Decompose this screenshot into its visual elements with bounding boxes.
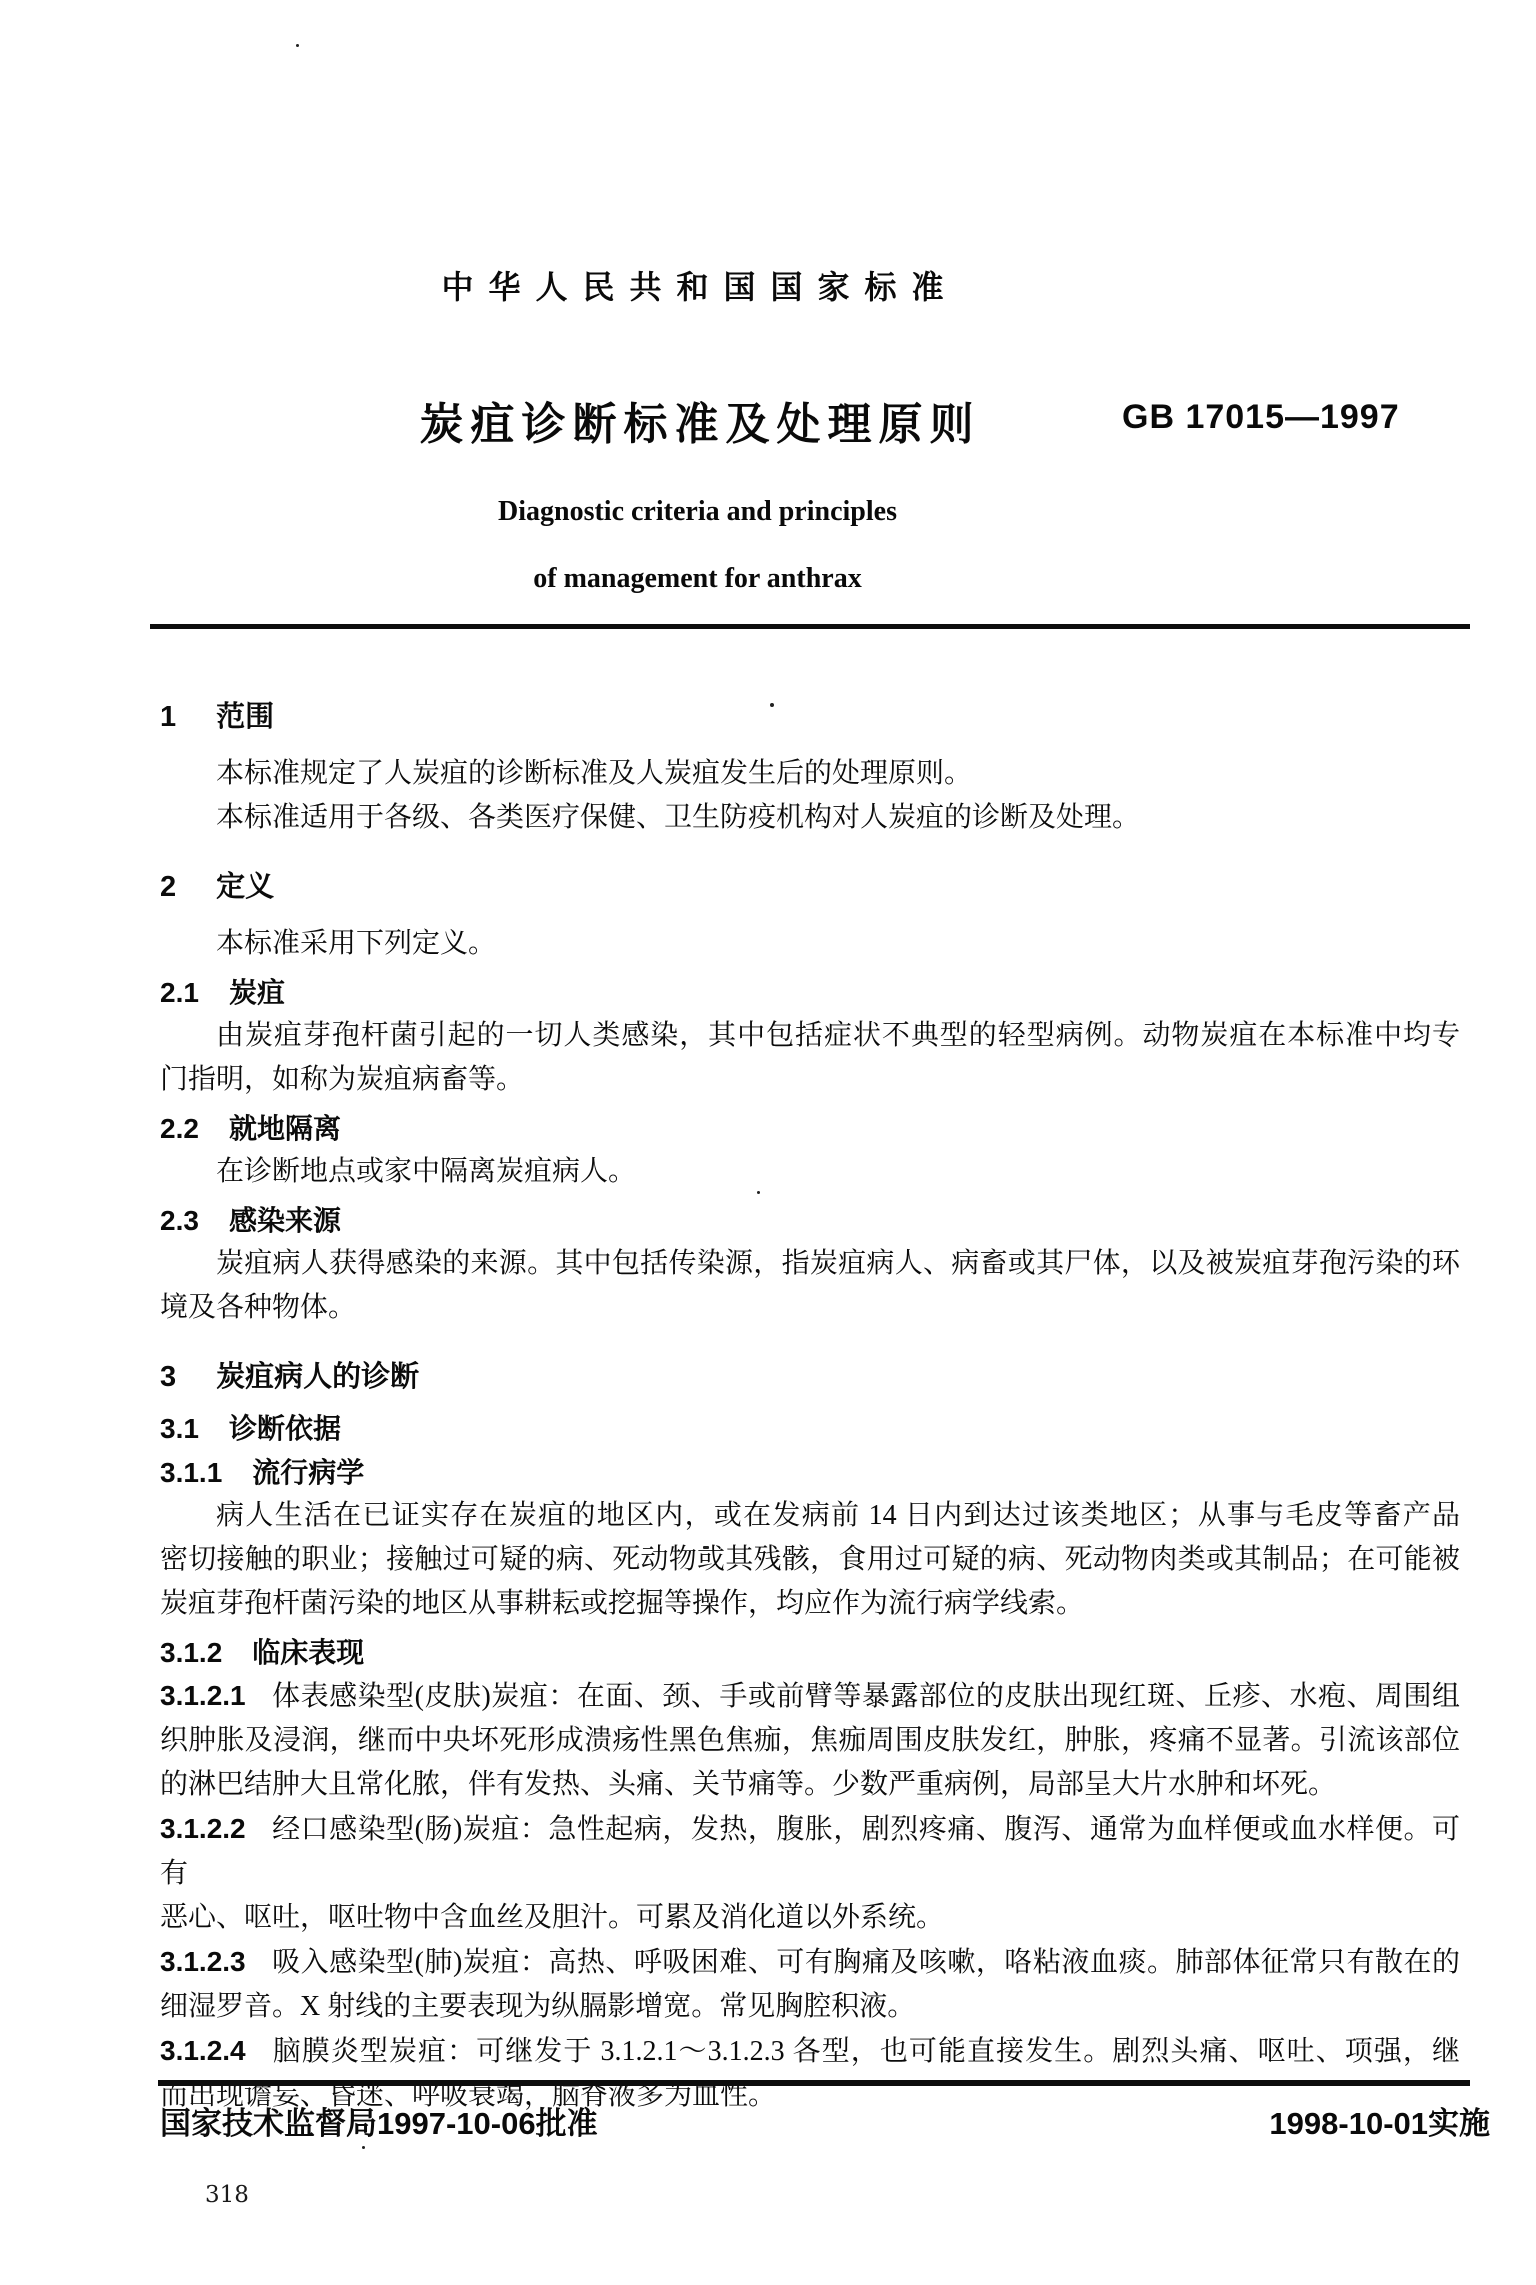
clause-number: 3.1 bbox=[160, 1413, 199, 1444]
heading-text: 诊断依据 bbox=[229, 1413, 341, 1444]
clause-number: 3.1.2.1 bbox=[160, 1680, 246, 1711]
line-text: 病人生活在已证实存在炭疽的地区内，或在发病前 14 日内到达过该类地区；从事与毛… bbox=[216, 1500, 1460, 1531]
scan-speck bbox=[757, 1191, 760, 1194]
clause-number: 2.2 bbox=[160, 1113, 199, 1144]
line-text: 细湿罗音。X 射线的主要表现为纵膈影增宽。常见胸腔积液。 bbox=[160, 1991, 915, 2022]
text-line: 3.1.2.4脑膜炎型炭疽：可继发于 3.1.2.1～3.1.2.3 各型，也可… bbox=[160, 2029, 1460, 2074]
clause-number: 3.1.2.3 bbox=[160, 1946, 246, 1977]
line-text: 恶心、呕吐，呕吐物中含血丝及胆汁。可累及消化道以外系统。 bbox=[160, 1902, 944, 1933]
line-text: 门指明，如称为炭疽病畜等。 bbox=[160, 1064, 524, 1095]
clause-number: 2.1 bbox=[160, 977, 199, 1008]
english-subtitle-line2: of management for anthrax bbox=[0, 545, 1395, 612]
line-text: 本标准规定了人炭疽的诊断标准及人炭疽发生后的处理原则。 bbox=[216, 758, 972, 789]
scan-speck bbox=[770, 703, 774, 707]
clause-number: 2.3 bbox=[160, 1205, 199, 1236]
text-line: 病人生活在已证实存在炭疽的地区内，或在发病前 14 日内到达过该类地区；从事与毛… bbox=[160, 1494, 1460, 1538]
text-line: 细湿罗音。X 射线的主要表现为纵膈影增宽。常见胸腔积液。 bbox=[160, 1985, 1460, 2029]
document-body: 1范围本标准规定了人炭疽的诊断标准及人炭疽发生后的处理原则。本标准适用于各级、各… bbox=[160, 670, 1460, 2118]
heading-text: 临床表现 bbox=[252, 1637, 364, 1668]
line-text: 本标准采用下列定义。 bbox=[216, 928, 496, 959]
text-line: 密切接触的职业；接触过可疑的病、死动物或其残骸，食用过可疑的病、死动物肉类或其制… bbox=[160, 1538, 1460, 1582]
document-page: 中华人民共和国国家标准 炭疽诊断标准及处理原则 GB 17015—1997 Di… bbox=[0, 0, 1536, 2285]
clause-number: 3.1.1 bbox=[160, 1457, 222, 1488]
heading-line: 2.3感染来源 bbox=[160, 1204, 1460, 1238]
footer-approval: 国家技术监督局1997-10-06批准 bbox=[160, 2098, 598, 2143]
heading-text: 流行病学 bbox=[252, 1457, 364, 1488]
line-text: 脑膜炎型炭疽：可继发于 3.1.2.1～3.1.2.3 各型，也可能直接发生。剧… bbox=[272, 2036, 1460, 2067]
text-line: 在诊断地点或家中隔离炭疽病人。 bbox=[160, 1150, 1460, 1194]
line-text: 吸入感染型(肺)炭疽：高热、呼吸困难、可有胸痛及咳嗽，咯粘液血痰。肺部体征常只有… bbox=[272, 1947, 1460, 1978]
line-text: 织肿胀及浸润，继而中央坏死形成溃疡性黑色焦痂，焦痂周围皮肤发红，肿胀，疼痛不显著… bbox=[160, 1725, 1460, 1756]
text-line: 恶心、呕吐，呕吐物中含血丝及胆汁。可累及消化道以外系统。 bbox=[160, 1896, 1460, 1940]
text-line: 炭疽芽孢杆菌污染的地区从事耕耘或挖掘等操作，均应作为流行病学线索。 bbox=[160, 1582, 1460, 1626]
scan-speck bbox=[296, 44, 299, 47]
line-text: 炭疽病人获得感染的来源。其中包括传染源，指炭疽病人、病畜或其尸体，以及被炭疽芽孢… bbox=[216, 1248, 1460, 1279]
text-line: 门指明，如称为炭疽病畜等。 bbox=[160, 1058, 1460, 1102]
text-line: 3.1.2.2经口感染型(肠)炭疽：急性起病，发热，腹胀，剧烈疼痛、腹泻、通常为… bbox=[160, 1807, 1460, 1896]
text-line: 织肿胀及浸润，继而中央坏死形成溃疡性黑色焦痂，焦痂周围皮肤发红，肿胀，疼痛不显著… bbox=[160, 1719, 1460, 1763]
clause-number: 1 bbox=[160, 701, 176, 733]
heading-text: 炭疽 bbox=[229, 977, 285, 1008]
english-subtitle-line1: Diagnostic criteria and principles bbox=[0, 478, 1395, 545]
line-text: 由炭疽芽孢杆菌引起的一切人类感染，其中包括症状不典型的轻型病例。动物炭疽在本标准… bbox=[216, 1020, 1460, 1051]
heading-text: 定义 bbox=[216, 871, 274, 903]
scan-speck bbox=[703, 1546, 709, 1549]
text-line: 的淋巴结肿大且常化脓，伴有发热、头痛、关节痛等。少数严重病例，局部呈大片水肿和坏… bbox=[160, 1763, 1460, 1807]
line-text: 的淋巴结肿大且常化脓，伴有发热、头痛、关节痛等。少数严重病例，局部呈大片水肿和坏… bbox=[160, 1769, 1336, 1800]
english-subtitle: Diagnostic criteria and principles of ma… bbox=[0, 478, 1395, 612]
line-text: 炭疽芽孢杆菌污染的地区从事耕耘或挖掘等操作，均应作为流行病学线索。 bbox=[160, 1588, 1084, 1619]
heading-line: 2定义 bbox=[160, 870, 1460, 904]
heading-line: 1范围 bbox=[160, 700, 1460, 734]
line-text: 本标准适用于各级、各类医疗保健、卫生防疫机构对人炭疽的诊断及处理。 bbox=[216, 802, 1140, 833]
heading-text: 就地隔离 bbox=[229, 1113, 341, 1144]
heading-line: 2.2就地隔离 bbox=[160, 1112, 1460, 1146]
text-line: 3.1.2.3吸入感染型(肺)炭疽：高热、呼吸困难、可有胸痛及咳嗽，咯粘液血痰。… bbox=[160, 1940, 1460, 1985]
line-text: 密切接触的职业；接触过可疑的病、死动物或其残骸，食用过可疑的病、死动物肉类或其制… bbox=[160, 1544, 1460, 1575]
standard-header: 中华人民共和国国家标准 bbox=[0, 262, 1400, 308]
clause-number: 3.1.2.4 bbox=[160, 2035, 246, 2066]
footer-rule bbox=[158, 2080, 1470, 2086]
heading-line: 3.1.2临床表现 bbox=[160, 1636, 1460, 1670]
heading-line: 2.1炭疽 bbox=[160, 976, 1460, 1010]
standard-number: GB 17015—1997 bbox=[1122, 398, 1400, 437]
line-text: 境及各种物体。 bbox=[160, 1292, 356, 1323]
text-line: 境及各种物体。 bbox=[160, 1286, 1460, 1330]
line-text: 经口感染型(肠)炭疽：急性起病，发热，腹胀，剧烈疼痛、腹泻、通常为血样便或血水样… bbox=[160, 1814, 1460, 1889]
line-text: 在诊断地点或家中隔离炭疽病人。 bbox=[216, 1156, 636, 1187]
header-rule bbox=[150, 624, 1470, 629]
line-text: 体表感染型(皮肤)炭疽：在面、颈、手或前臂等暴露部位的皮肤出现红斑、丘疹、水疱、… bbox=[272, 1681, 1460, 1712]
heading-text: 范围 bbox=[216, 701, 274, 733]
footer-implementation: 1998-10-01实施 bbox=[1269, 2098, 1490, 2143]
scan-speck bbox=[362, 2146, 365, 2149]
text-line: 本标准采用下列定义。 bbox=[160, 922, 1460, 966]
heading-text: 炭疽病人的诊断 bbox=[216, 1361, 419, 1393]
heading-line: 3炭疽病人的诊断 bbox=[160, 1360, 1460, 1394]
text-line: 本标准适用于各级、各类医疗保健、卫生防疫机构对人炭疽的诊断及处理。 bbox=[160, 796, 1460, 840]
heading-line: 3.1诊断依据 bbox=[160, 1412, 1460, 1446]
clause-number: 3.1.2 bbox=[160, 1637, 222, 1668]
clause-number: 3.1.2.2 bbox=[160, 1813, 246, 1844]
clause-number: 3 bbox=[160, 1361, 176, 1393]
text-line: 本标准规定了人炭疽的诊断标准及人炭疽发生后的处理原则。 bbox=[160, 752, 1460, 796]
clause-number: 2 bbox=[160, 871, 176, 903]
text-line: 炭疽病人获得感染的来源。其中包括传染源，指炭疽病人、病畜或其尸体，以及被炭疽芽孢… bbox=[160, 1242, 1460, 1286]
page-number: 318 bbox=[205, 2182, 249, 2208]
heading-line: 3.1.1流行病学 bbox=[160, 1456, 1460, 1490]
text-line: 由炭疽芽孢杆菌引起的一切人类感染，其中包括症状不典型的轻型病例。动物炭疽在本标准… bbox=[160, 1014, 1460, 1058]
text-line: 3.1.2.1体表感染型(皮肤)炭疽：在面、颈、手或前臂等暴露部位的皮肤出现红斑… bbox=[160, 1674, 1460, 1719]
heading-text: 感染来源 bbox=[229, 1205, 341, 1236]
